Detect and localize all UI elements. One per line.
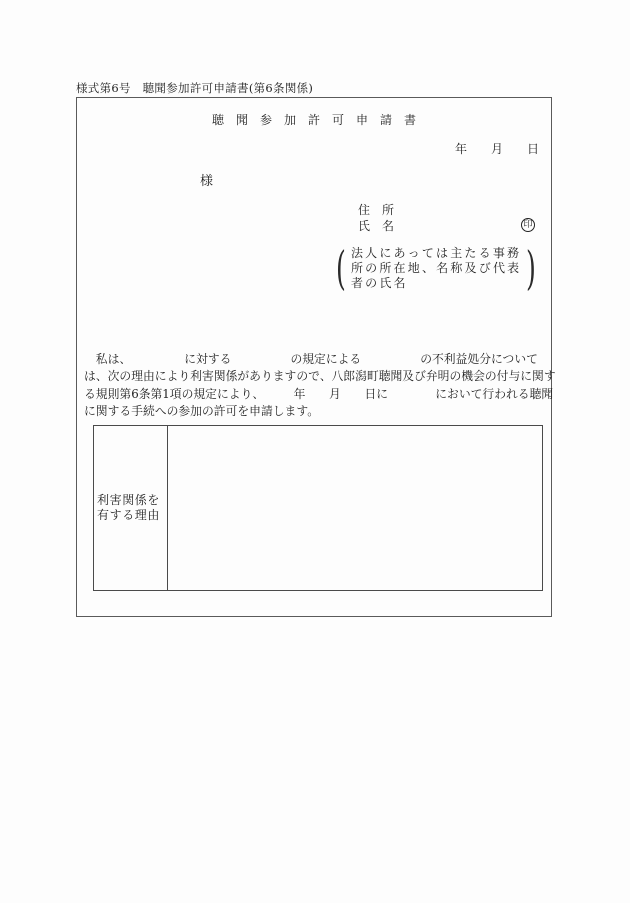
corporate-note-text: 法人にあっては主たる事務 所の所在地、名称及び代表 者の氏名 [351,246,521,291]
statement-line: に関する手続への参加の許可を申請します。 [84,403,554,420]
form-style-caption: 様式第6号 聴聞参加許可申請書(第6条関係) [76,80,313,96]
address-label: 住 所 [358,203,394,219]
statement-line: は、次の理由により利害関係がありますので、八郎潟町聴聞及び弁明の機会の付与に関す [84,368,554,385]
application-form-box: 聴 聞 参 加 許 可 申 請 書 年 月 日 様 住 所 氏 名 印 ( 法人… [76,97,552,617]
reason-content-cell [168,426,542,590]
corporate-note-line: 者の氏名 [351,276,521,291]
name-label: 氏 名 [358,219,394,235]
reason-label-line: 利害関係を [97,493,167,509]
statement-line: 私は、 に対する の規定による の不利益処分について [84,351,554,368]
application-statement: 私は、 に対する の規定による の不利益処分について は、次の理由により利害関係… [84,351,554,421]
corporate-note: ( 法人にあっては主たる事務 所の所在地、名称及び代表 者の氏名 ) [332,245,540,291]
corporate-note-line: 法人にあっては主たる事務 [351,246,521,261]
applicant-block: 住 所 氏 名 [358,203,394,234]
reason-table: 利害関係を 有する理由 [93,425,543,591]
corporate-note-line: 所の所在地、名称及び代表 [351,261,521,276]
addressee-honorific: 様 [200,170,213,189]
statement-line: る規則第6条第1項の規定により、 年 月 日に において行われる聴聞 [84,386,554,403]
reason-label-cell: 利害関係を 有する理由 [94,426,168,590]
open-paren-icon: ( [336,245,346,291]
date-placeholder-line: 年 月 日 [455,140,539,157]
close-paren-icon: ) [526,245,536,291]
form-title: 聴 聞 参 加 許 可 申 請 書 [77,111,551,128]
reason-label-line: 有する理由 [97,508,167,524]
seal-icon: 印 [521,218,535,232]
